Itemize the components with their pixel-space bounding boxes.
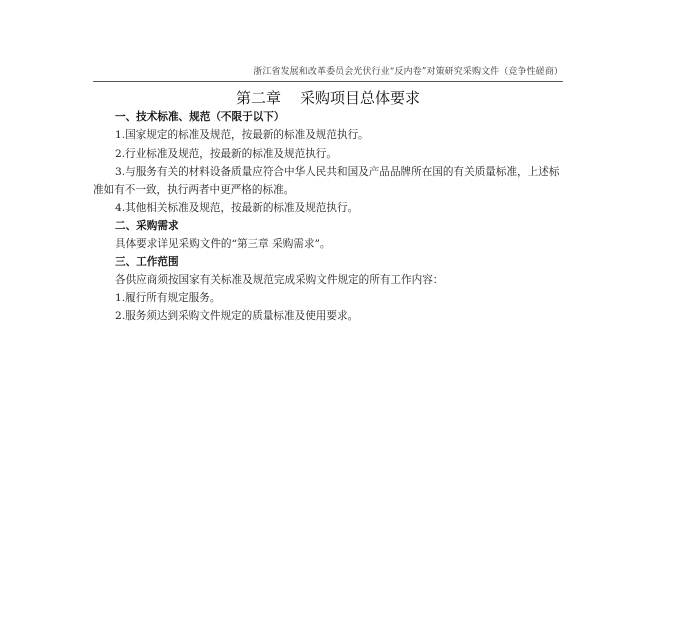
paragraph-material-quality: 3.与服务有关的材料设备质量应符合中华人民共和国及产品品牌所在国的有关质量标准，…	[115, 165, 559, 179]
header-divider	[93, 81, 563, 82]
paragraph-supplier-obligation: 各供应商须按国家有关标准及规范完成采购文件规定的所有工作内容：	[115, 273, 443, 287]
paragraph-quality-requirements: 2.服务须达到采购文件规定的质量标准及使用要求。	[115, 309, 358, 323]
paragraph-industry-standards: 2.行业标准及规范，按最新的标准及规范执行。	[115, 147, 337, 161]
paragraph-perform-services: 1.履行所有规定服务。	[115, 291, 220, 305]
paragraph-national-standards: 1.国家规定的标准及规范，按最新的标准及规范执行。	[115, 128, 369, 142]
section-heading-work-scope: 三、工作范围	[115, 255, 179, 269]
paragraph-demand-reference: 具体要求详见采购文件的“第三章 采购需求”。	[115, 237, 330, 251]
document-page: 浙江省发展和改革委员会光伏行业“反内卷”对策研究采购文件（竞争性磋商） 第二章 …	[0, 0, 698, 629]
section-heading-technical-standards: 一、技术标准、规范（不限于以下）	[115, 110, 285, 124]
paragraph-other-standards: 4.其他相关标准及规范，按最新的标准及规范执行。	[115, 201, 358, 215]
running-header: 浙江省发展和改革委员会光伏行业“反内卷”对策研究采购文件（竞争性磋商）	[93, 66, 563, 78]
section-heading-procurement-demand: 二、采购需求	[115, 219, 179, 233]
chapter-title: 第二章 采购项目总体要求	[93, 88, 563, 108]
paragraph-material-quality-continued: 准如有不一致，执行两者中更严格的标准。	[93, 183, 294, 197]
